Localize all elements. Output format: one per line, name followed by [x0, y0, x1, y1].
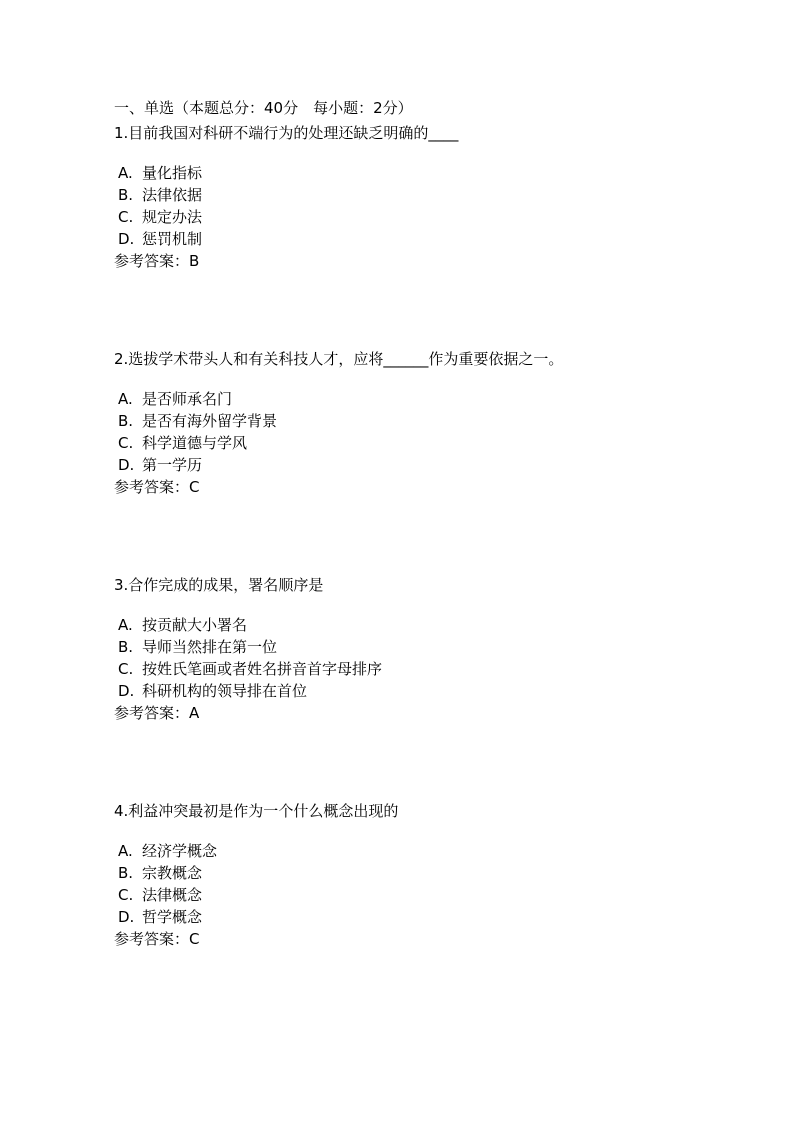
options-list: A.量化指标 B.法律依据 C.规定办法 D.惩罚机制: [114, 162, 714, 250]
answer-line: 参考答案：A: [114, 702, 714, 724]
options-list: A.经济学概念 B.宗教概念 C.法律概念 D.哲学概念: [114, 840, 714, 928]
option-label: A.: [118, 162, 142, 184]
option-text: 按姓氏笔画或者姓名拼音首字母排序: [142, 660, 382, 678]
option-text: 第一学历: [142, 456, 202, 474]
option-text: 惩罚机制: [142, 230, 202, 248]
option-text: 是否师承名门: [142, 390, 232, 408]
answer-line: 参考答案：C: [114, 928, 714, 950]
option-label: C.: [118, 884, 142, 906]
answer-value: C: [189, 478, 199, 496]
option-a: A.量化指标: [118, 162, 714, 184]
answer-value: A: [189, 704, 199, 722]
option-d: D.惩罚机制: [118, 228, 714, 250]
option-a: A.按贡献大小署名: [118, 614, 714, 636]
option-text: 是否有海外留学背景: [142, 412, 277, 430]
question-text: 4.利益冲突最初是作为一个什么概念出现的: [114, 800, 714, 822]
document-page: 一、单选（本题总分：40分 每小题：2分） 1.目前我国对科研不端行为的处理还缺…: [0, 0, 794, 1123]
option-c: C.科学道德与学风: [118, 432, 714, 454]
option-d: D.第一学历: [118, 454, 714, 476]
answer-value: B: [189, 252, 199, 270]
option-text: 按贡献大小署名: [142, 616, 247, 634]
question-block-2: 2.选拔学术带头人和有关科技人才，应将______作为重要依据之一。 A.是否师…: [114, 348, 714, 498]
question-text: 2.选拔学术带头人和有关科技人才，应将______作为重要依据之一。: [114, 348, 714, 370]
option-text: 宗教概念: [142, 864, 202, 882]
option-label: D.: [118, 454, 142, 476]
option-text: 经济学概念: [142, 842, 217, 860]
option-text: 法律概念: [142, 886, 202, 904]
option-d: D.哲学概念: [118, 906, 714, 928]
answer-prefix: 参考答案：: [114, 252, 189, 270]
answer-value: C: [189, 930, 199, 948]
option-label: D.: [118, 906, 142, 928]
option-label: D.: [118, 228, 142, 250]
answer-line: 参考答案：C: [114, 476, 714, 498]
option-label: A.: [118, 388, 142, 410]
answer-prefix: 参考答案：: [114, 478, 189, 496]
option-d: D.科研机构的领导排在首位: [118, 680, 714, 702]
option-a: A.是否师承名门: [118, 388, 714, 410]
answer-prefix: 参考答案：: [114, 704, 189, 722]
question-text: 1.目前我国对科研不端行为的处理还缺乏明确的____: [114, 122, 714, 144]
question-block-3: 3.合作完成的成果，署名顺序是 A.按贡献大小署名 B.导师当然排在第一位 C.…: [114, 574, 714, 724]
option-label: D.: [118, 680, 142, 702]
option-text: 规定办法: [142, 208, 202, 226]
option-b: B.是否有海外留学背景: [118, 410, 714, 432]
option-text: 科研机构的领导排在首位: [142, 682, 307, 700]
option-a: A.经济学概念: [118, 840, 714, 862]
option-c: C.法律概念: [118, 884, 714, 906]
option-c: C.规定办法: [118, 206, 714, 228]
option-text: 科学道德与学风: [142, 434, 247, 452]
answer-prefix: 参考答案：: [114, 930, 189, 948]
option-label: C.: [118, 206, 142, 228]
option-text: 导师当然排在第一位: [142, 638, 277, 656]
option-label: C.: [118, 658, 142, 680]
option-label: B.: [118, 410, 142, 432]
question-text: 3.合作完成的成果，署名顺序是: [114, 574, 714, 596]
option-label: B.: [118, 636, 142, 658]
option-b: B.法律依据: [118, 184, 714, 206]
option-text: 量化指标: [142, 164, 202, 182]
option-b: B.导师当然排在第一位: [118, 636, 714, 658]
section-header: 一、单选（本题总分：40分 每小题：2分）: [114, 97, 714, 119]
option-c: C.按姓氏笔画或者姓名拼音首字母排序: [118, 658, 714, 680]
option-label: C.: [118, 432, 142, 454]
option-label: B.: [118, 862, 142, 884]
question-block-4: 4.利益冲突最初是作为一个什么概念出现的 A.经济学概念 B.宗教概念 C.法律…: [114, 800, 714, 950]
option-text: 哲学概念: [142, 908, 202, 926]
question-block-1: 1.目前我国对科研不端行为的处理还缺乏明确的____ A.量化指标 B.法律依据…: [114, 122, 714, 272]
option-label: B.: [118, 184, 142, 206]
answer-line: 参考答案：B: [114, 250, 714, 272]
options-list: A.按贡献大小署名 B.导师当然排在第一位 C.按姓氏笔画或者姓名拼音首字母排序…: [114, 614, 714, 702]
option-label: A.: [118, 840, 142, 862]
option-b: B.宗教概念: [118, 862, 714, 884]
options-list: A.是否师承名门 B.是否有海外留学背景 C.科学道德与学风 D.第一学历: [114, 388, 714, 476]
option-text: 法律依据: [142, 186, 202, 204]
option-label: A.: [118, 614, 142, 636]
